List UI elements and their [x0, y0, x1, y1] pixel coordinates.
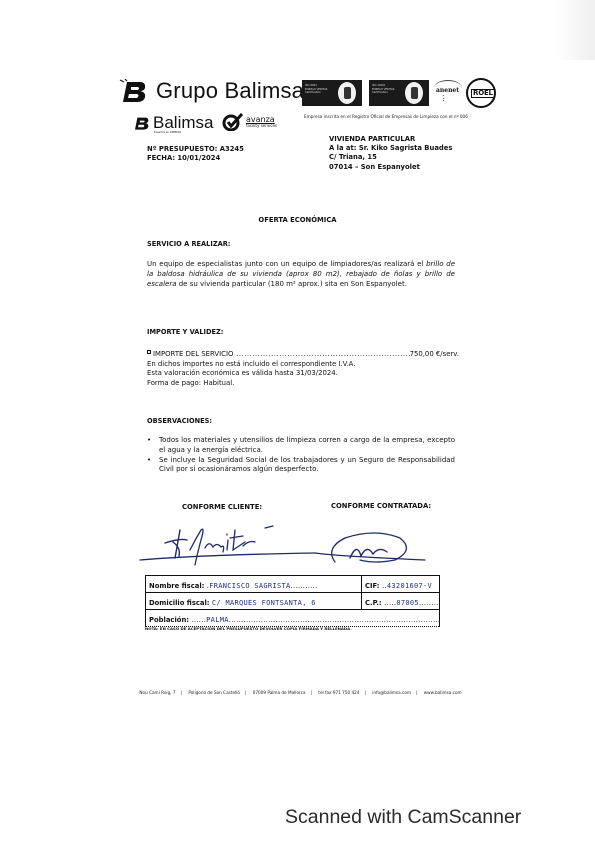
registry-note: Empresa inscrita en el Registro Oficial … — [304, 114, 468, 119]
recipient-type: VIVIENDA PARTICULAR — [329, 135, 452, 144]
validity-note: Esta valoración económica es válida hast… — [147, 369, 459, 379]
cif-label: CIF: — [365, 582, 380, 590]
footer-address: Nou Camí Roig, 7 — [139, 690, 175, 695]
footer-website: www.balimsa.com — [424, 690, 462, 695]
section-heading-servicio: SERVICIO A REALIZAR: — [147, 240, 230, 248]
cert-label: ISO 14001 BUREAU VERITAS Certification — [372, 84, 394, 95]
observations-list: Todos los materiales y utensilios de lim… — [147, 436, 455, 475]
recipient-attention: A la at: Sr. Kiko Sagrista Buades — [329, 144, 452, 153]
payment-note: Forma de pago: Habitual. — [147, 379, 459, 389]
poblacion-field[interactable]: PALMA — [206, 616, 229, 624]
service-price-value: 750,00 €/serv. — [410, 350, 459, 360]
bureau-veritas-seal-icon — [403, 80, 425, 106]
balimsa-b-mark-icon — [118, 79, 148, 103]
section-heading-importe: IMPORTE Y VALIDEZ: — [147, 328, 223, 336]
nombre-fiscal-label: Nombre fiscal: — [149, 582, 204, 590]
brand-main-name: Grupo Balimsa — [156, 78, 304, 104]
domicilio-fiscal-label: Domicilio fiscal: — [149, 599, 210, 607]
brand-sub-tagline: Expertos en LIMPIEZA — [154, 131, 181, 134]
recipient-address: VIVIENDA PARTICULAR A la at: Sr. Kiko Sa… — [329, 135, 452, 172]
fiscal-data-form: Nombre fiscal: .FRANCISCO SAGRISTÁ......… — [145, 575, 440, 627]
footer-city: 07009 Palma de Mallorca — [253, 690, 306, 695]
list-item: Se incluye la Seguridad Social de los tr… — [147, 456, 455, 476]
grupo-balimsa-logo: Grupo Balimsa — [118, 78, 304, 104]
roel-label: ROEL — [471, 89, 495, 98]
quote-meta: Nº PRESUPUESTO: A3245 FECHA: 10/01/2024 — [147, 145, 244, 163]
avanza-tagline: facility services — [246, 124, 277, 128]
fiscal-row-domicilio: Domicilio fiscal: C/ MARQUÉS FONTSANTA, … — [146, 593, 439, 610]
service-price-row: IMPORTE DEL SERVICIO ...................… — [147, 350, 459, 360]
recipient-street: C/ Triana, 15 — [329, 153, 452, 162]
cp-label: C.P.: — [365, 599, 382, 607]
footer-phone: tel fax 971 750 424 — [318, 690, 359, 695]
cert-label: ISO 9001 BUREAU VERITAS Certification — [305, 84, 327, 95]
domicilio-fiscal-field[interactable]: C/ MARQUÉS FONTSANTA, 6 — [212, 599, 316, 607]
avanza-logo: avanza facility services — [222, 113, 277, 131]
importe-block: IMPORTE DEL SERVICIO ...................… — [147, 350, 459, 388]
contractor-signature-label: CONFORME CONTRATADA: — [331, 502, 431, 510]
balimsa-small-mark-icon — [132, 115, 150, 131]
footer-industrial-park: Polígono de Son Castelló — [188, 690, 240, 695]
camscanner-watermark: Scanned with CamScanner — [285, 806, 521, 829]
leader-dots: ........................................… — [233, 350, 409, 360]
service-description: Un equipo de especialistas junto con un … — [147, 259, 455, 289]
brand-sub-name: Balimsa — [153, 113, 213, 133]
fiscal-row-nombre: Nombre fiscal: .FRANCISCO SAGRISTÁ......… — [146, 576, 439, 593]
handwritten-signatures — [135, 520, 435, 570]
nombre-fiscal-field[interactable]: FRANCISCO SAGRISTÁ — [209, 582, 290, 590]
checkbox-icon — [147, 350, 151, 354]
client-signature-label: CONFORME CLIENTE: — [182, 503, 262, 511]
roel-logo: ROEL — [466, 78, 496, 108]
quote-date: FECHA: 10/01/2024 — [147, 154, 244, 163]
company-footer: Nou Camí Roig, 7| Polígono de Son Castel… — [0, 690, 595, 695]
list-item: Todos los materiales y utensilios de lim… — [147, 436, 455, 456]
anenet-logo: anenet ▪▪▪ — [434, 80, 462, 108]
scan-edge-shadow — [555, 0, 595, 60]
cif-field[interactable]: 43201607-V — [387, 582, 432, 590]
certification-badge-iso14001: ISO 14001 BUREAU VERITAS Certification — [369, 80, 429, 106]
service-price-label: IMPORTE DEL SERVICIO — [153, 350, 233, 360]
quote-number: Nº PRESUPUESTO: A3245 — [147, 145, 244, 154]
document-title: OFERTA ECONÓMICA — [0, 216, 595, 224]
poblacion-label: Población: — [149, 616, 189, 624]
certification-badge-iso9001: ISO 9001 BUREAU VERITAS Certification — [302, 80, 362, 106]
cp-field[interactable]: 07005 — [396, 599, 419, 607]
contractor-signature-icon — [315, 533, 425, 562]
bureau-veritas-seal-icon — [336, 80, 358, 106]
iva-note: En dichos importes no está incluido el c… — [147, 360, 459, 370]
section-heading-observaciones: OBSERVACIONES: — [147, 417, 212, 425]
avanza-check-icon — [222, 113, 244, 131]
balimsa-logo: Balimsa Expertos en LIMPIEZA — [132, 113, 213, 133]
client-signature-icon — [140, 526, 315, 565]
fiscal-row-poblacion: Población: ......PALMA..................… — [146, 610, 439, 627]
footer-email: info@balimsa.com — [372, 690, 411, 695]
recipient-city: 07014 – Son Espanyolet — [329, 163, 452, 172]
acceptance-note: NOTA: EN CASO DE ACEPTACIÓN DEL PRESUPUE… — [145, 626, 352, 631]
